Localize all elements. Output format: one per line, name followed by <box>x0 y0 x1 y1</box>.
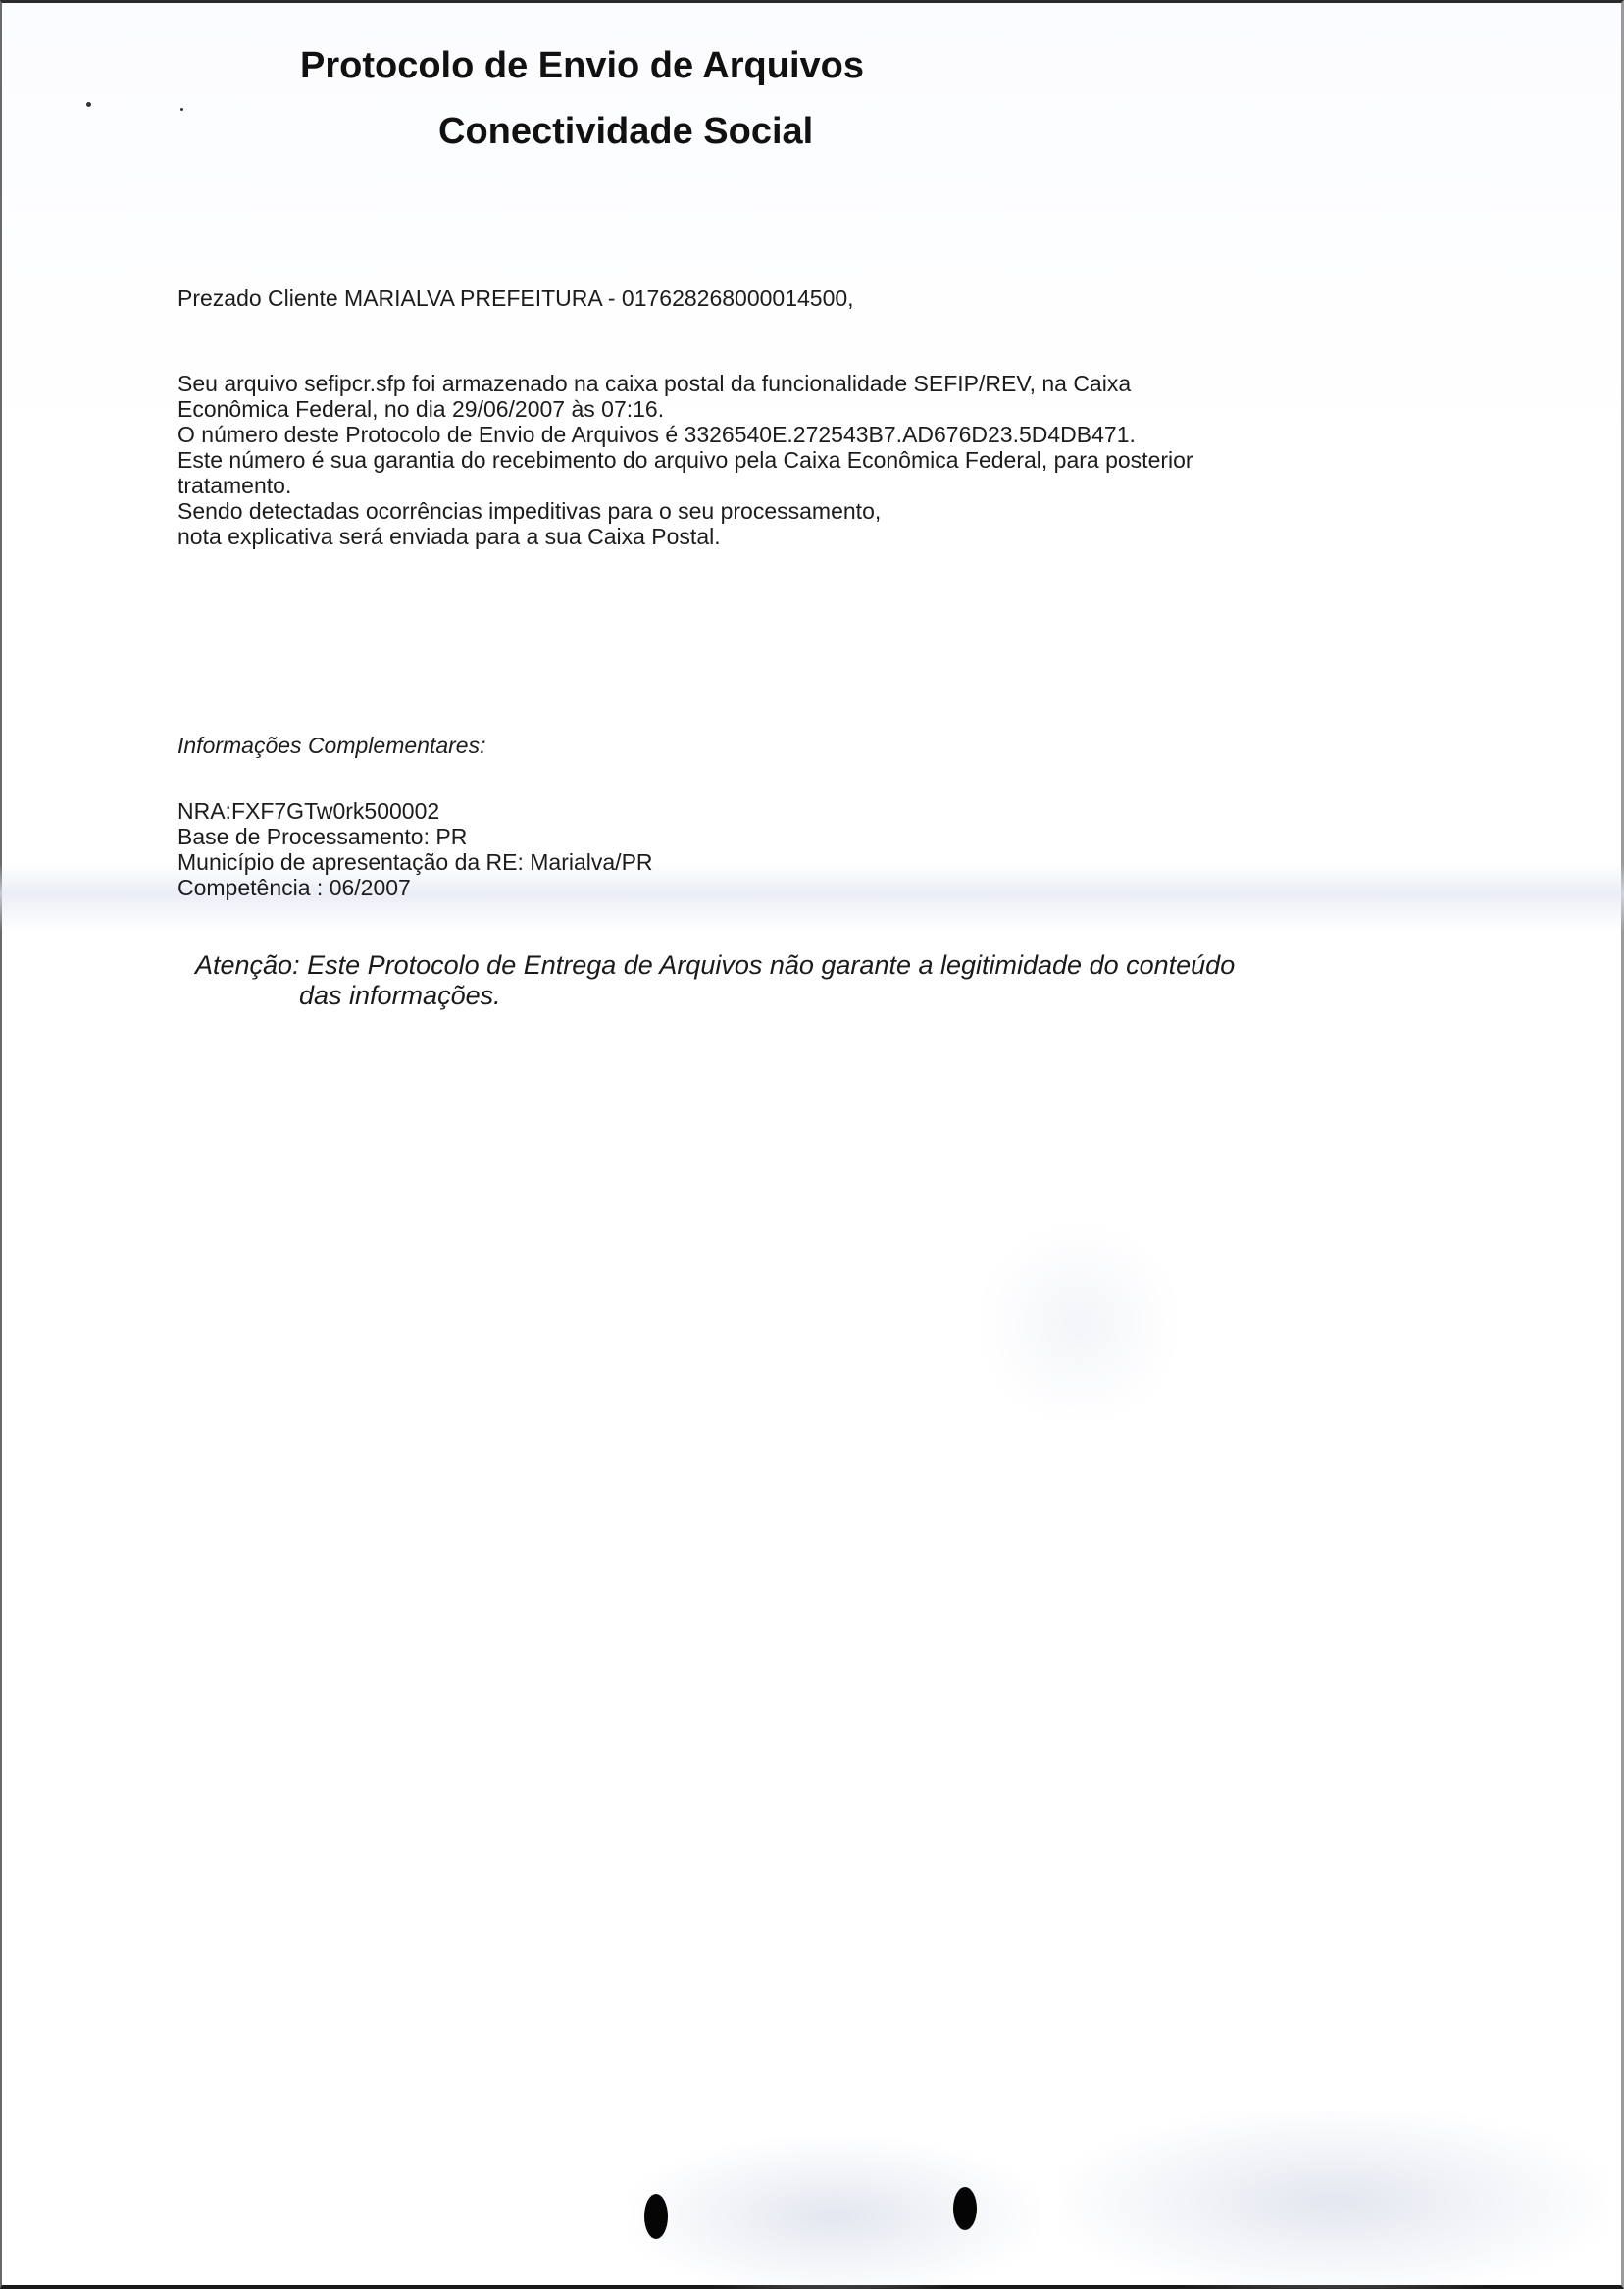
warning-line-1: Atenção: Este Protocolo de Entrega de Ar… <box>195 950 1235 981</box>
scan-artifact-smudge <box>1059 2109 1608 2289</box>
info-competence: Competência : 06/2007 <box>178 875 653 900</box>
body-line-guarantee: Este número é sua garantia do recebiment… <box>178 447 1193 473</box>
body-line-protocol-number: O número deste Protocolo de Envio de Arq… <box>178 422 1193 447</box>
warning-line-2: das informações. <box>195 981 1235 1011</box>
additional-info-heading: Informações Complementares: <box>178 733 485 759</box>
document-subtitle: Conectividade Social <box>438 111 813 153</box>
punch-hole-left <box>644 2194 668 2239</box>
body-line-file-stored: Seu arquivo sefipcr.sfp foi armazenado n… <box>178 371 1193 396</box>
body-line-treatment: tratamento. <box>178 473 1193 498</box>
info-municipality: Município de apresentação da RE: Marialv… <box>178 849 653 875</box>
body-paragraph: Seu arquivo sefipcr.sfp foi armazenado n… <box>178 371 1193 549</box>
info-nra: NRA:FXF7GTw0rk500002 <box>178 798 653 824</box>
punch-hole-right <box>953 2187 977 2230</box>
body-line-occurrences: Sendo detectadas ocorrências impeditivas… <box>178 498 1193 524</box>
additional-info-list: NRA:FXF7GTw0rk500002 Base de Processamen… <box>178 798 653 900</box>
scan-speck <box>180 108 183 111</box>
greeting-line: Prezado Cliente MARIALVA PREFEITURA - 01… <box>178 285 854 311</box>
warning-notice: Atenção: Este Protocolo de Entrega de Ar… <box>195 950 1235 1011</box>
info-processing-base: Base de Processamento: PR <box>178 824 653 849</box>
scan-artifact-smudge <box>628 2138 1040 2289</box>
scan-speck <box>86 102 91 107</box>
scanned-page <box>0 0 1624 2289</box>
body-line-date: Econômica Federal, no dia 29/06/2007 às … <box>178 396 1193 422</box>
document-title: Protocolo de Envio de Arquivos <box>300 45 864 87</box>
scan-artifact-smudge <box>981 1226 1177 1422</box>
body-line-explanatory-note: nota explicativa será enviada para a sua… <box>178 524 1193 549</box>
